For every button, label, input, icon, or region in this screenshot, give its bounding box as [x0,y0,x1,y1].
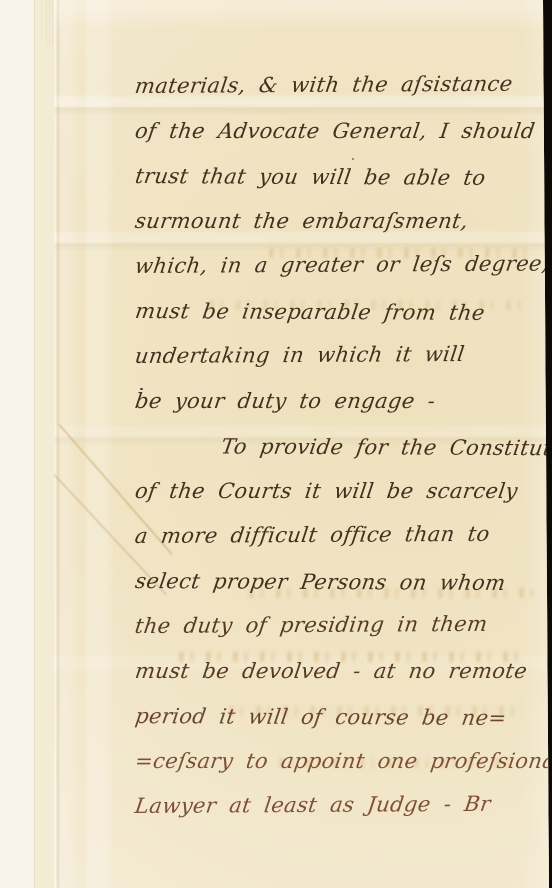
manuscript-line: be your duty to engage - [132,379,552,424]
manuscript-line: of the Courts it will be scarcely [132,469,552,514]
manuscript-line: trust that you will be able to [132,154,552,201]
manuscript-line: must be inseparable from the [132,289,552,336]
manuscript-line: =ceſsary to appoint one profeſsional [132,739,552,784]
photograph-background: materials, & with the aſsistance of the … [0,0,552,888]
handwriting-block: materials, & with the aſsistance of the … [132,64,552,829]
manuscript-line: Lawyer at least as Judge - Br [132,781,552,829]
manuscript-line: period it will of course be ne= [132,694,552,741]
manuscript-line: materials, & with the aſsistance [132,61,552,109]
manuscript-line: must be devolved - at no remote [132,649,552,694]
letter-page: materials, & with the aſsistance of the … [54,0,552,888]
manuscript-line: select proper Persons on whom [132,559,552,606]
manuscript-line: a more difficult office than to [132,511,552,559]
underlying-sheet-edge [0,0,58,888]
manuscript-line: surmount the embaraſsment, [132,199,552,244]
manuscript-line: To provide for the Constitution [132,424,552,471]
manuscript-line: of the Advocate General, I should [132,109,552,154]
manuscript-line: undertaking in which it will [132,331,552,379]
manuscript-line: which, in a greater or leſs degree, [132,241,552,289]
manuscript-line: the duty of presiding in them [132,601,552,649]
